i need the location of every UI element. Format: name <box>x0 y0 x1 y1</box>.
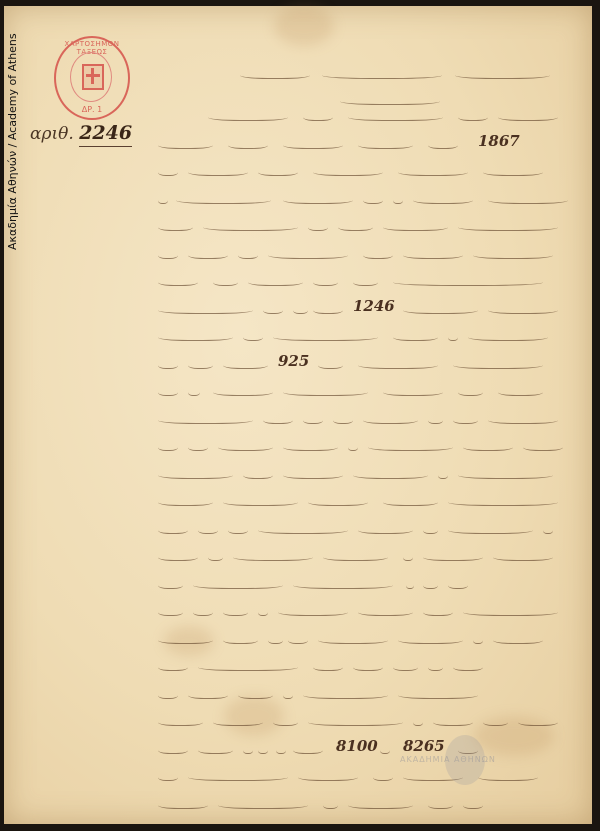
paper-stain <box>274 6 334 46</box>
revenue-stamp: ΧΑΡΤΟΣΗΜΟΝ ΤΑΞΕΩΣ ΔΡ. 1 <box>54 36 130 120</box>
year-number: 1867 <box>478 132 520 150</box>
body-line <box>158 269 578 297</box>
cross-shield-icon <box>82 64 104 90</box>
amount-number: 8265 <box>403 737 445 755</box>
reference-number: αριθ. 2246 <box>30 122 132 144</box>
reference-prefix: αριθ. <box>30 124 74 144</box>
body-line <box>158 242 578 270</box>
body-line <box>158 682 578 710</box>
amount-number: 8100 <box>336 737 378 755</box>
body-line <box>158 324 578 352</box>
body-line <box>158 214 578 242</box>
body-line <box>158 517 578 545</box>
body-line <box>158 627 578 655</box>
body-line: 925 <box>158 352 578 380</box>
record-number: 1246 <box>353 297 395 315</box>
handwriting-stroke <box>455 70 550 79</box>
handwriting-stroke <box>240 70 310 79</box>
body-line <box>158 792 578 820</box>
body-line: 1867 <box>158 132 578 160</box>
body-line: 8100 8265 <box>158 737 578 765</box>
body-line <box>158 489 578 517</box>
body-line <box>208 104 578 132</box>
body-line <box>158 654 578 682</box>
stamp-bottom-text: ΔΡ. 1 <box>56 105 128 114</box>
handwritten-body: 1867 1246 925 <box>158 128 578 819</box>
reference-value: 2246 <box>79 122 132 147</box>
body-line <box>158 462 578 490</box>
body-line <box>158 572 578 600</box>
body-line <box>158 187 578 215</box>
body-line <box>158 599 578 627</box>
handwriting-stroke <box>322 70 442 79</box>
record-number: 925 <box>278 352 309 370</box>
body-line <box>158 159 578 187</box>
body-line <box>158 544 578 572</box>
footer-watermark: ΑΚΑΔΗΜΙΑ ΑΘΗΝΩΝ <box>400 755 496 764</box>
body-line: 1246 <box>158 297 578 325</box>
body-line <box>158 434 578 462</box>
body-line <box>158 764 578 792</box>
body-line <box>158 407 578 435</box>
body-line <box>158 379 578 407</box>
body-line <box>158 709 578 737</box>
archive-watermark-vertical: Ακαδημία Αθηνών / Academy of Athens <box>6 20 19 250</box>
